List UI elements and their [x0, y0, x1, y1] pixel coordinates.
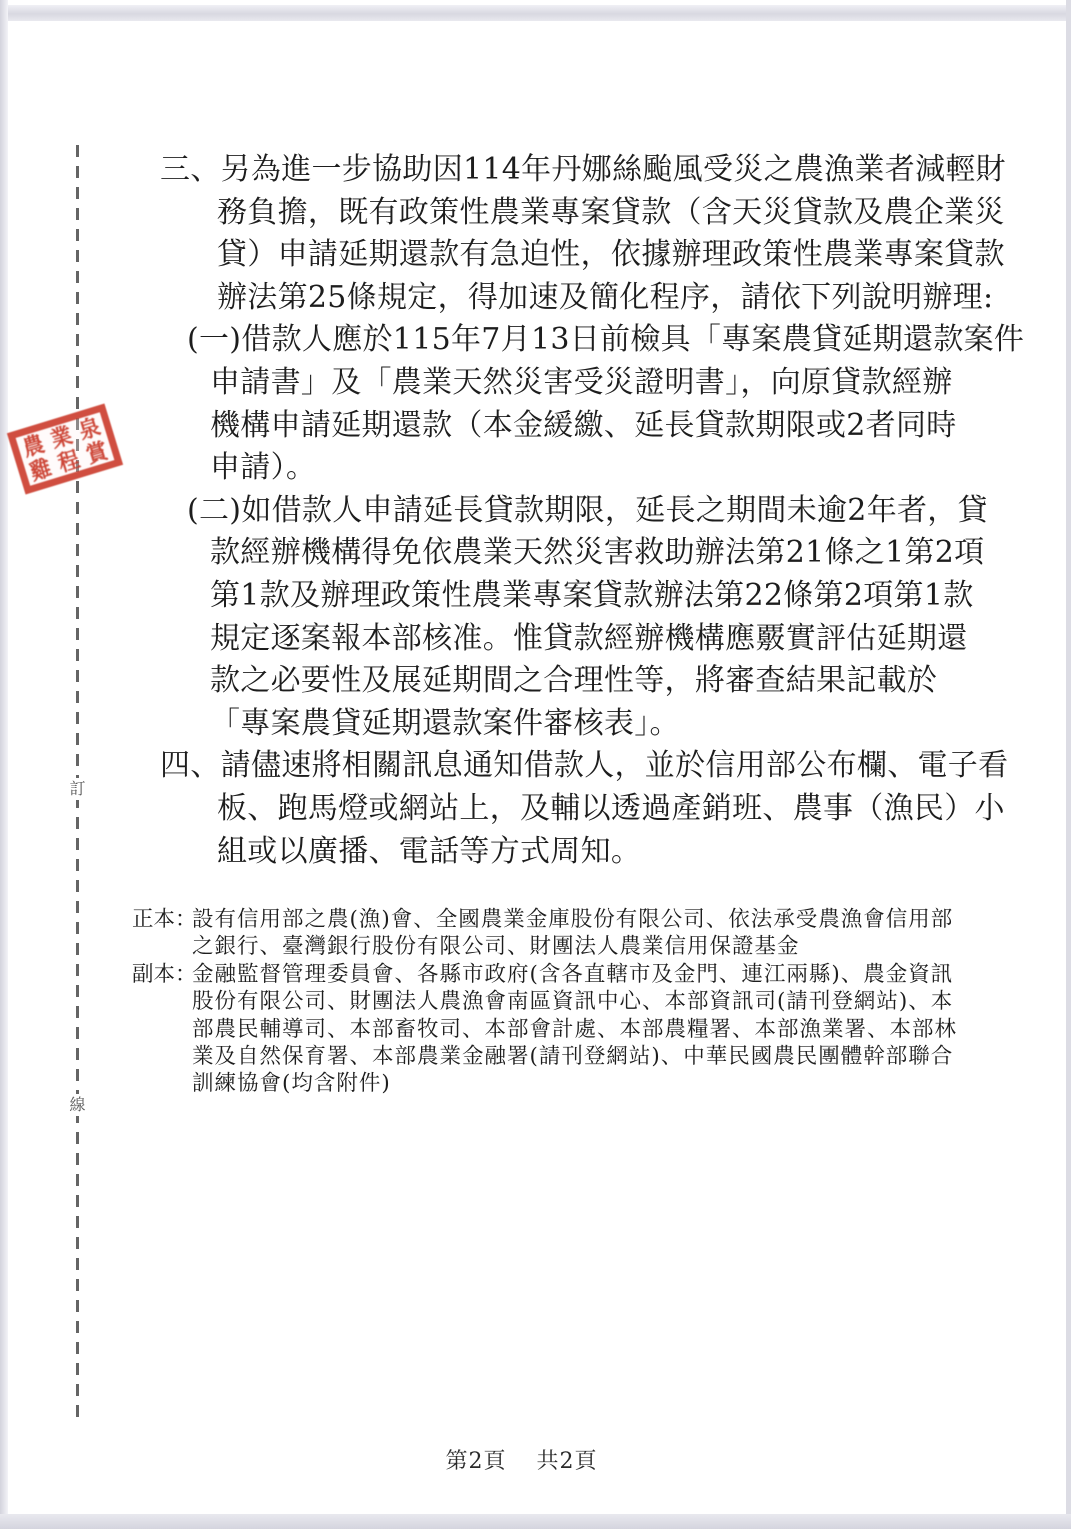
doc-line-2-2: 第1款及辦理政策性農業專案貸款辦法第22條第2項第1款 [0, 575, 1040, 618]
doc-line-2-3: 規定逐案報本部核准。惟貸款經辦機構應覈實評估延期還 [0, 618, 1040, 661]
page-number: 第2頁 [446, 1449, 507, 1474]
doc-line-3-0: 四、請儘速將相關訊息通知借款人，並於信用部公布欄、電子看 [0, 745, 1040, 788]
dist-line-1-3: 業及自然保育署、本部農業金融署(請刊登網站)、中華民國農民團體幹部聯合 [0, 1043, 1040, 1070]
document-body: 三、另為進一步協助因114年丹娜絲颱風受災之農漁業者減輕財務負擔，既有政策性農業… [0, 149, 1040, 873]
doc-line-3-2: 組或以廣播、電話等方式周知。 [0, 831, 1040, 874]
doc-line-0-0: 三、另為進一步協助因114年丹娜絲颱風受災之農漁業者減輕財 [0, 149, 1040, 192]
doc-line-1-0: (一)借款人應於115年7月13日前檢具「專案農貸延期還款案件 [0, 319, 1040, 362]
dist-line-1-2: 部農民輔導司、本部畜牧司、本部會計處、本部農糧署、本部漁業署、本部林 [0, 1016, 1040, 1043]
total-pages: 共2頁 [537, 1449, 598, 1474]
doc-line-0-1: 務負擔，既有政策性農業專案貸款（含天災貸款及農企業災 [0, 192, 1040, 235]
doc-line-2-4: 款之必要性及展延期間之合理性等，將審查結果記載於 [0, 660, 1040, 703]
scan-artifact-top-edge [0, 5, 1071, 21]
dist-label: 正本： [132, 906, 197, 933]
scanned-document-page: { "page": { "background": "#ffffff", "ed… [0, 0, 1071, 1529]
doc-line-1-2: 機構申請延期還款（本金緩繳、延長貸款期限或2者同時 [0, 405, 1040, 448]
dist-line-1-4: 訓練協會(均含附件) [0, 1070, 1040, 1097]
dist-line-0-0: 正本：設有信用部之農(漁)會、全國農業金庫股份有限公司、依法承受農漁會信用部 [0, 906, 1040, 933]
doc-line-1-3: 申請）。 [0, 447, 1040, 490]
dist-line-0-1: 之銀行、臺灣銀行股份有限公司、財團法人農業信用保證基金 [0, 933, 1040, 960]
scan-artifact-right-edge [1066, 0, 1071, 1529]
doc-line-0-2: 貸）申請延期還款有急迫性，依據辦理政策性農業專案貸款 [0, 234, 1040, 277]
doc-line-1-1: 申請書」及「農業天然災害受災證明書」，向原貸款經辦 [0, 362, 1040, 405]
doc-line-0-3: 辦法第25條規定，得加速及簡化程序，請依下列說明辦理: [0, 277, 1040, 320]
doc-line-2-5: 「專案農貸延期還款案件審核表」。 [0, 703, 1040, 746]
section-marker: (二) [187, 493, 241, 528]
doc-line-2-1: 款經辦機構得免依農業天然災害救助辦法第21條之1第2項 [0, 532, 1040, 575]
section-marker: 四、 [160, 748, 221, 783]
distribution-block: 正本：設有信用部之農(漁)會、全國農業金庫股份有限公司、依法承受農漁會信用部之銀… [0, 906, 1040, 1098]
doc-line-3-1: 板、跑馬燈或網站上，及輔以透過產銷班、農事（漁民）小 [0, 788, 1040, 831]
page-footer: 第2頁共2頁 [0, 1444, 1057, 1475]
dist-label: 副本： [132, 961, 197, 988]
section-marker: 三、 [160, 152, 221, 187]
dist-line-1-1: 股份有限公司、財團法人農漁會南區資訊中心、本部資訊司(請刊登網站)、本 [0, 988, 1040, 1015]
dist-line-1-0: 副本：金融監督管理委員會、各縣市政府(含各直轄市及金門、連江兩縣)、農金資訊 [0, 961, 1040, 988]
scan-artifact-bottom-edge [0, 1514, 1071, 1529]
section-marker: (一) [187, 322, 241, 357]
doc-line-2-0: (二)如借款人申請延長貸款期限，延長之期間未逾2年者，貸 [0, 490, 1040, 533]
